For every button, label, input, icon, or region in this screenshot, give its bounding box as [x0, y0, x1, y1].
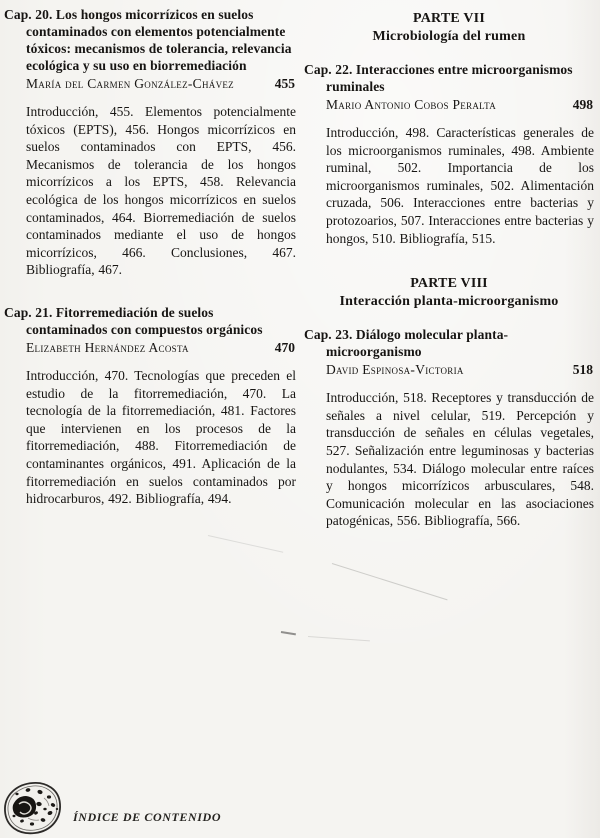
chapter-23-summary: Introducción, 518. Receptores y transduc… [326, 389, 594, 530]
chapter-20-title: Cap. 20. Los hongos micorrízicos en suel… [4, 6, 296, 74]
chapter-20-page-number: 455 [275, 75, 296, 92]
chapter-20-author-row: María del Carmen González-Chávez 455 [4, 75, 296, 92]
toc-entry-chapter-20: Cap. 20. Los hongos micorrízicos en suel… [4, 6, 296, 279]
chapter-20-author: María del Carmen González-Chávez [26, 75, 234, 92]
part-viii-subtitle: Interacción planta-microorganismo [304, 293, 594, 311]
cell-illustration-icon [2, 780, 64, 836]
scanned-toc-page: Cap. 20. Los hongos micorrízicos en suel… [0, 0, 600, 838]
chapter-22-author: Mario Antonio Cobos Peralta [326, 96, 496, 113]
chapter-21-page-number: 470 [275, 339, 296, 356]
toc-entry-chapter-22: Cap. 22. Interacciones entre microorgani… [304, 61, 594, 247]
part-vii-title: PARTE VII [304, 10, 594, 28]
scan-crease-artifact [332, 563, 448, 600]
toc-entry-chapter-21: Cap. 21. Fitorremediación de suelos cont… [4, 304, 296, 508]
chapter-22-title: Cap. 22. Interacciones entre microorgani… [304, 61, 594, 95]
chapter-22-summary: Introducción, 498. Características gener… [326, 124, 594, 247]
part-viii-title: PARTE VIII [304, 275, 594, 293]
chapter-22-author-row: Mario Antonio Cobos Peralta 498 [304, 96, 594, 113]
part-viii-heading: PARTE VIII Interacción planta-microorgan… [304, 275, 594, 311]
chapter-20-summary: Introducción, 455. Elementos potencialme… [26, 103, 296, 279]
chapter-21-author: Elizabeth Hernández Acosta [26, 339, 189, 356]
chapter-21-author-row: Elizabeth Hernández Acosta 470 [4, 339, 296, 356]
toc-entry-chapter-23: Cap. 23. Diálogo molecular planta-microo… [304, 326, 594, 530]
chapter-23-author: David Espinosa-Victoria [326, 361, 464, 378]
chapter-23-page-number: 518 [573, 361, 594, 378]
scan-crease-artifact [281, 631, 296, 635]
toc-left-column: Cap. 20. Los hongos micorrízicos en suel… [4, 6, 296, 533]
chapter-23-author-row: David Espinosa-Victoria 518 [304, 361, 594, 378]
footer-running-title: ÍNDICE DE CONTENIDO [73, 810, 221, 825]
chapter-21-summary: Introducción, 470. Tecnologías que prece… [26, 367, 296, 508]
scan-crease-artifact [208, 535, 283, 553]
part-vii-subtitle: Microbiología del rumen [304, 28, 594, 46]
chapter-22-page-number: 498 [573, 96, 594, 113]
chapter-21-title: Cap. 21. Fitorremediación de suelos cont… [4, 304, 296, 338]
scan-crease-artifact [308, 636, 370, 641]
part-vii-heading: PARTE VII Microbiología del rumen [304, 10, 594, 46]
chapter-23-title: Cap. 23. Diálogo molecular planta-microo… [304, 326, 594, 360]
toc-right-column: PARTE VII Microbiología del rumen Cap. 2… [304, 6, 594, 555]
